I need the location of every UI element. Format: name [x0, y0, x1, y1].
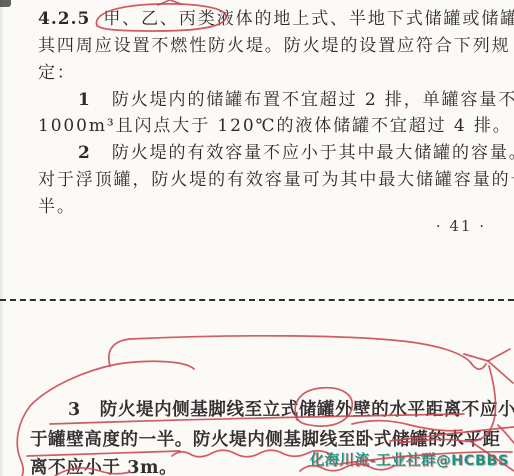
item-3-line-2: 于罐壁高度的一半。防火堤内侧基脚线至卧式储罐的水平距 — [30, 429, 501, 451]
item-2-line-3: 半。 — [38, 196, 76, 218]
item-1-number: 1 — [78, 90, 91, 110]
item-1-line-1-text: 防火堤内的储罐布置不宜超过 2 排，单罐容量不大于 — [112, 90, 514, 110]
item-3-line-3: 离不应小于 3m。 — [30, 457, 177, 476]
clause-line-1-text: 甲、乙、丙类液体的地上式、半地下式储罐或储罐组， — [103, 9, 514, 29]
item-1-line-2: 1000m³且闪点大于 120℃的液体储罐不宜超过 4 排。 — [38, 115, 512, 137]
scanned-document-page: 4.2.5甲、乙、丙类液体的地上式、半地下式储罐或储罐组， 其四周应设置不燃性防… — [0, 0, 514, 476]
page-number: · 41 · — [436, 217, 486, 235]
item-2-line-1-text: 防火堤的有效容量不应小于其中最大储罐的容量。 — [112, 143, 514, 163]
item-2-line-1: 2防火堤的有效容量不应小于其中最大储罐的容量。 — [38, 142, 514, 164]
scan-edge-shadow — [0, 0, 4, 476]
item-3-line-1-text: 防火堤内侧基脚线至立式储罐外壁的水平距离不应小 — [100, 400, 514, 420]
item-2-line-2: 对于浮顶罐，防火堤的有效容量可为其中最大储罐容量的一 — [38, 169, 514, 191]
clause-line-1: 4.2.5甲、乙、丙类液体的地上式、半地下式储罐或储罐组， — [38, 8, 514, 30]
dashed-cut-line — [0, 299, 514, 301]
clause-line-2: 其四周应设置不燃性防火堤。防火堤的设置应符合下列规 — [38, 35, 511, 57]
item-3-line-1: 3防火堤内侧基脚线至立式储罐外壁的水平距离不应小 — [30, 399, 514, 421]
item-3-number: 3 — [68, 400, 81, 420]
clause-number: 4.2.5 — [38, 9, 90, 29]
clause-line-3: 定： — [38, 62, 76, 84]
cropped-glyph-fragment — [0, 0, 11, 7]
item-1-line-1: 1防火堤内的储罐布置不宜超过 2 排，单罐容量不大于 — [38, 89, 514, 111]
watermark-text: 化海川流-工业社群@HCBBS — [310, 449, 509, 470]
item-2-number: 2 — [78, 143, 91, 163]
